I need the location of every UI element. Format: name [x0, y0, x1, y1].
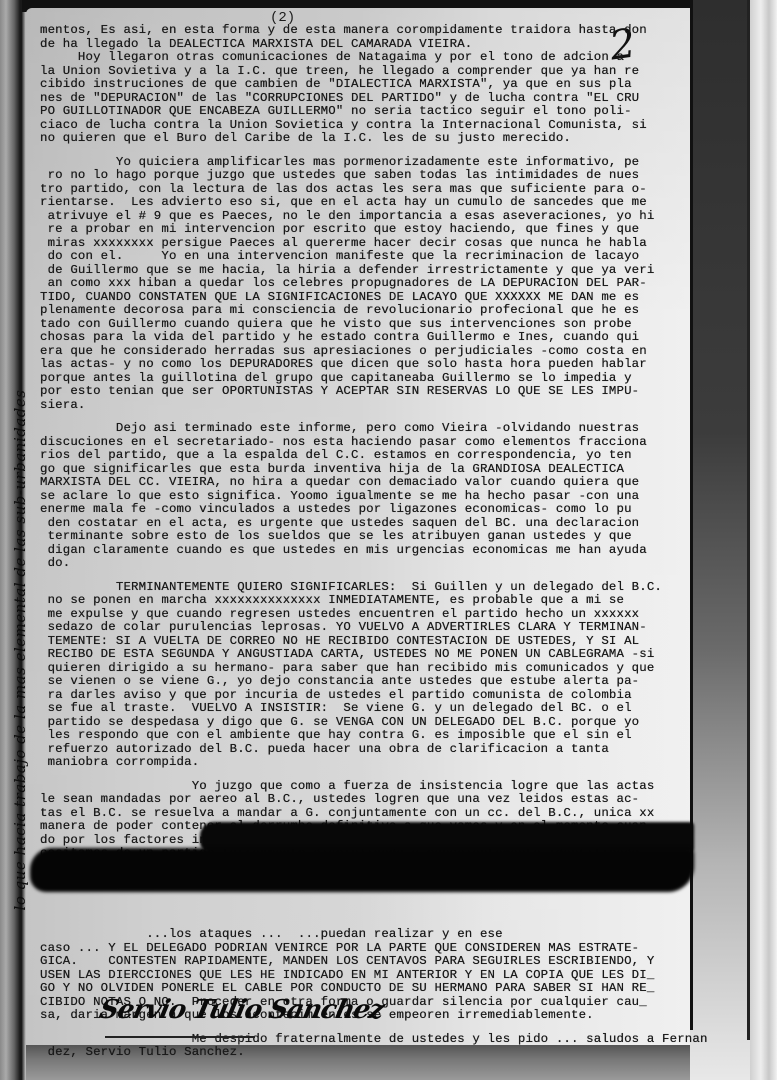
text-line	[40, 901, 688, 915]
text-line: discuciones en el secretariado- nos esta…	[40, 436, 688, 450]
text-line: TERMINANTEMENTE QUIERO SIGNIFICARLES: Si…	[40, 581, 688, 595]
paragraph-gap	[40, 770, 688, 780]
text-line: por esto tenian que ser OPORTUNISTAS Y A…	[40, 385, 688, 399]
letter-body: mentos, Es asi, en esta forma y de esta …	[40, 24, 688, 1060]
text-line: rientarse. Les advierto eso si, que en e…	[40, 196, 688, 210]
text-line: plenamente decorosa para mi consciencia …	[40, 304, 688, 318]
text-line: de Guillermo que se me hacia, la hiria a…	[40, 264, 688, 278]
text-line: quieren dirigido a su hermano- para sabe…	[40, 662, 688, 676]
text-line: porque antes la guillotina del grupo que…	[40, 372, 688, 386]
text-line: re a probar en mi intervencion por escri…	[40, 223, 688, 237]
text-line: dez, Servio Tulio Sanchez.	[40, 1046, 688, 1060]
text-line: rios del partido, que a la espalda del C…	[40, 449, 688, 463]
text-line: enerme mala fe -como vinculados a ustede…	[40, 503, 688, 517]
paragraph-gap	[40, 146, 688, 156]
text-line: RECIBO DE ESTA SEGUNDA Y ANGUSTIADA CART…	[40, 648, 688, 662]
text-line: den costatar en el acta, es urgente que …	[40, 517, 688, 531]
text-line: ...los ataques ... ...puedan realizar y …	[40, 928, 688, 942]
text-line: Yo juzgo que como a fuerza de insistenci…	[40, 780, 688, 794]
text-line: partido se despedasa y digo que G. se VE…	[40, 716, 688, 730]
text-line: terminante sobre esto de los sueldos que…	[40, 530, 688, 544]
text-line: do.	[40, 557, 688, 571]
text-line: chosas para la vida del partido y he est…	[40, 331, 688, 345]
text-line: TEMENTE: SI A VUELTA DE CORREO NO HE REC…	[40, 635, 688, 649]
text-line: se fue al traste. VUELVO A INSISTIR: Se …	[40, 702, 688, 716]
signature-underline	[105, 1036, 255, 1038]
text-line: se vienen o se viene G., yo dejo constan…	[40, 675, 688, 689]
text-line: nes de "DEPURACION" de las "CORRUPCIONES…	[40, 92, 688, 106]
text-line: mentos, Es asi, en esta forma y de esta …	[40, 24, 688, 38]
text-line: las actas- y no como los DEPURADORES que…	[40, 358, 688, 372]
text-line: Yo quiciera amplificarles mas pormenoriz…	[40, 156, 688, 170]
redaction-blot	[30, 822, 694, 896]
scan-right-shadow	[690, 0, 750, 1080]
text-line: tado con Guillermo cuando quiera que he …	[40, 318, 688, 332]
text-line: refuerzo autorizado del B.C. pueda hacer…	[40, 743, 688, 757]
text-line: atrivuye el # 9 que es Paeces, no le den…	[40, 210, 688, 224]
text-line: tro partido, con la lectura de las dos a…	[40, 183, 688, 197]
text-line: cibido instruciones de que cambien de "D…	[40, 78, 688, 92]
text-line: tas el B.C. se resuelva a mandar a G. co…	[40, 807, 688, 821]
handwritten-margin-note: lo que hacia trabajo de la mas elemental…	[10, 390, 30, 910]
text-line: se aclare lo que esto significa. Yoomo i…	[40, 490, 688, 504]
text-line: de ha llegado la DEALECTICA MARXISTA DEL…	[40, 38, 688, 52]
text-line: ro no lo hago porque juzgo que ustedes q…	[40, 169, 688, 183]
text-line: go que significarles que esta burda inve…	[40, 463, 688, 477]
text-line: Me despido fraternalmente de ustedes y l…	[40, 1033, 688, 1047]
text-line: no quieren que el Buro del Caribe de la …	[40, 132, 688, 146]
text-line: digan claramente cuando es que ustedes e…	[40, 544, 688, 558]
text-line: no se ponen en marcha xxxxxxxxxxxxxx INM…	[40, 594, 688, 608]
text-line: USEN LAS DIERCCIONES QUE LES HE INDICADO…	[40, 969, 688, 983]
text-line: Dejo asi terminado este informe, pero co…	[40, 422, 688, 436]
scan-far-right-edge	[750, 0, 777, 1080]
text-line: do con el. Yo en una intervencion manife…	[40, 250, 688, 264]
text-line: sedazo de colar purulencias leprosas. YO…	[40, 621, 688, 635]
text-line: ra darles aviso y que por incuria de ust…	[40, 689, 688, 703]
text-line: maniobra corrompida.	[40, 756, 688, 770]
text-line: MARXISTA DEL CC. VIEIRA, no hira a queda…	[40, 476, 688, 490]
text-line: PO GUILLOTINADOR QUE ENCABEZA GUILLERMO"…	[40, 105, 688, 119]
text-line: miras xxxxxxxx persigue Paeces al querer…	[40, 237, 688, 251]
text-line: an como xxx hiban a quedar los celebres …	[40, 277, 688, 291]
margin-note-text: lo que hacia trabajo de la mas elemental…	[11, 390, 29, 911]
text-line: caso ... Y EL DELEGADO PODRIAN VENIRCE P…	[40, 942, 688, 956]
handwritten-signature: Servio Tulio Sanchez	[97, 995, 386, 1025]
text-line: siera.	[40, 399, 688, 413]
text-line	[40, 915, 688, 929]
text-line: era que he considerado herradas sus apre…	[40, 345, 688, 359]
text-line: me expulse y que cuando regresen ustedes…	[40, 608, 688, 622]
text-line: la Union Sovietiva y a la I.C. que treen…	[40, 65, 688, 79]
text-line: les respondo que con el ambiente que hay…	[40, 729, 688, 743]
text-line: le sean mandadas por aereo al B.C., uste…	[40, 793, 688, 807]
paragraph-gap	[40, 571, 688, 581]
text-line: ciaco de lucha contra la Union Sovietica…	[40, 119, 688, 133]
text-line: Hoy llegaron otras comunicaciones de Nat…	[40, 51, 688, 65]
text-line: TIDO, CUANDO CONSTATEN QUE LA SIGNIFICAC…	[40, 291, 688, 305]
text-line: GICA. CONTESTEN RAPIDAMENTE, MANDEN LOS …	[40, 955, 688, 969]
text-line: GO Y NO OLVIDEN PONERLE EL CABLE POR CON…	[40, 982, 688, 996]
